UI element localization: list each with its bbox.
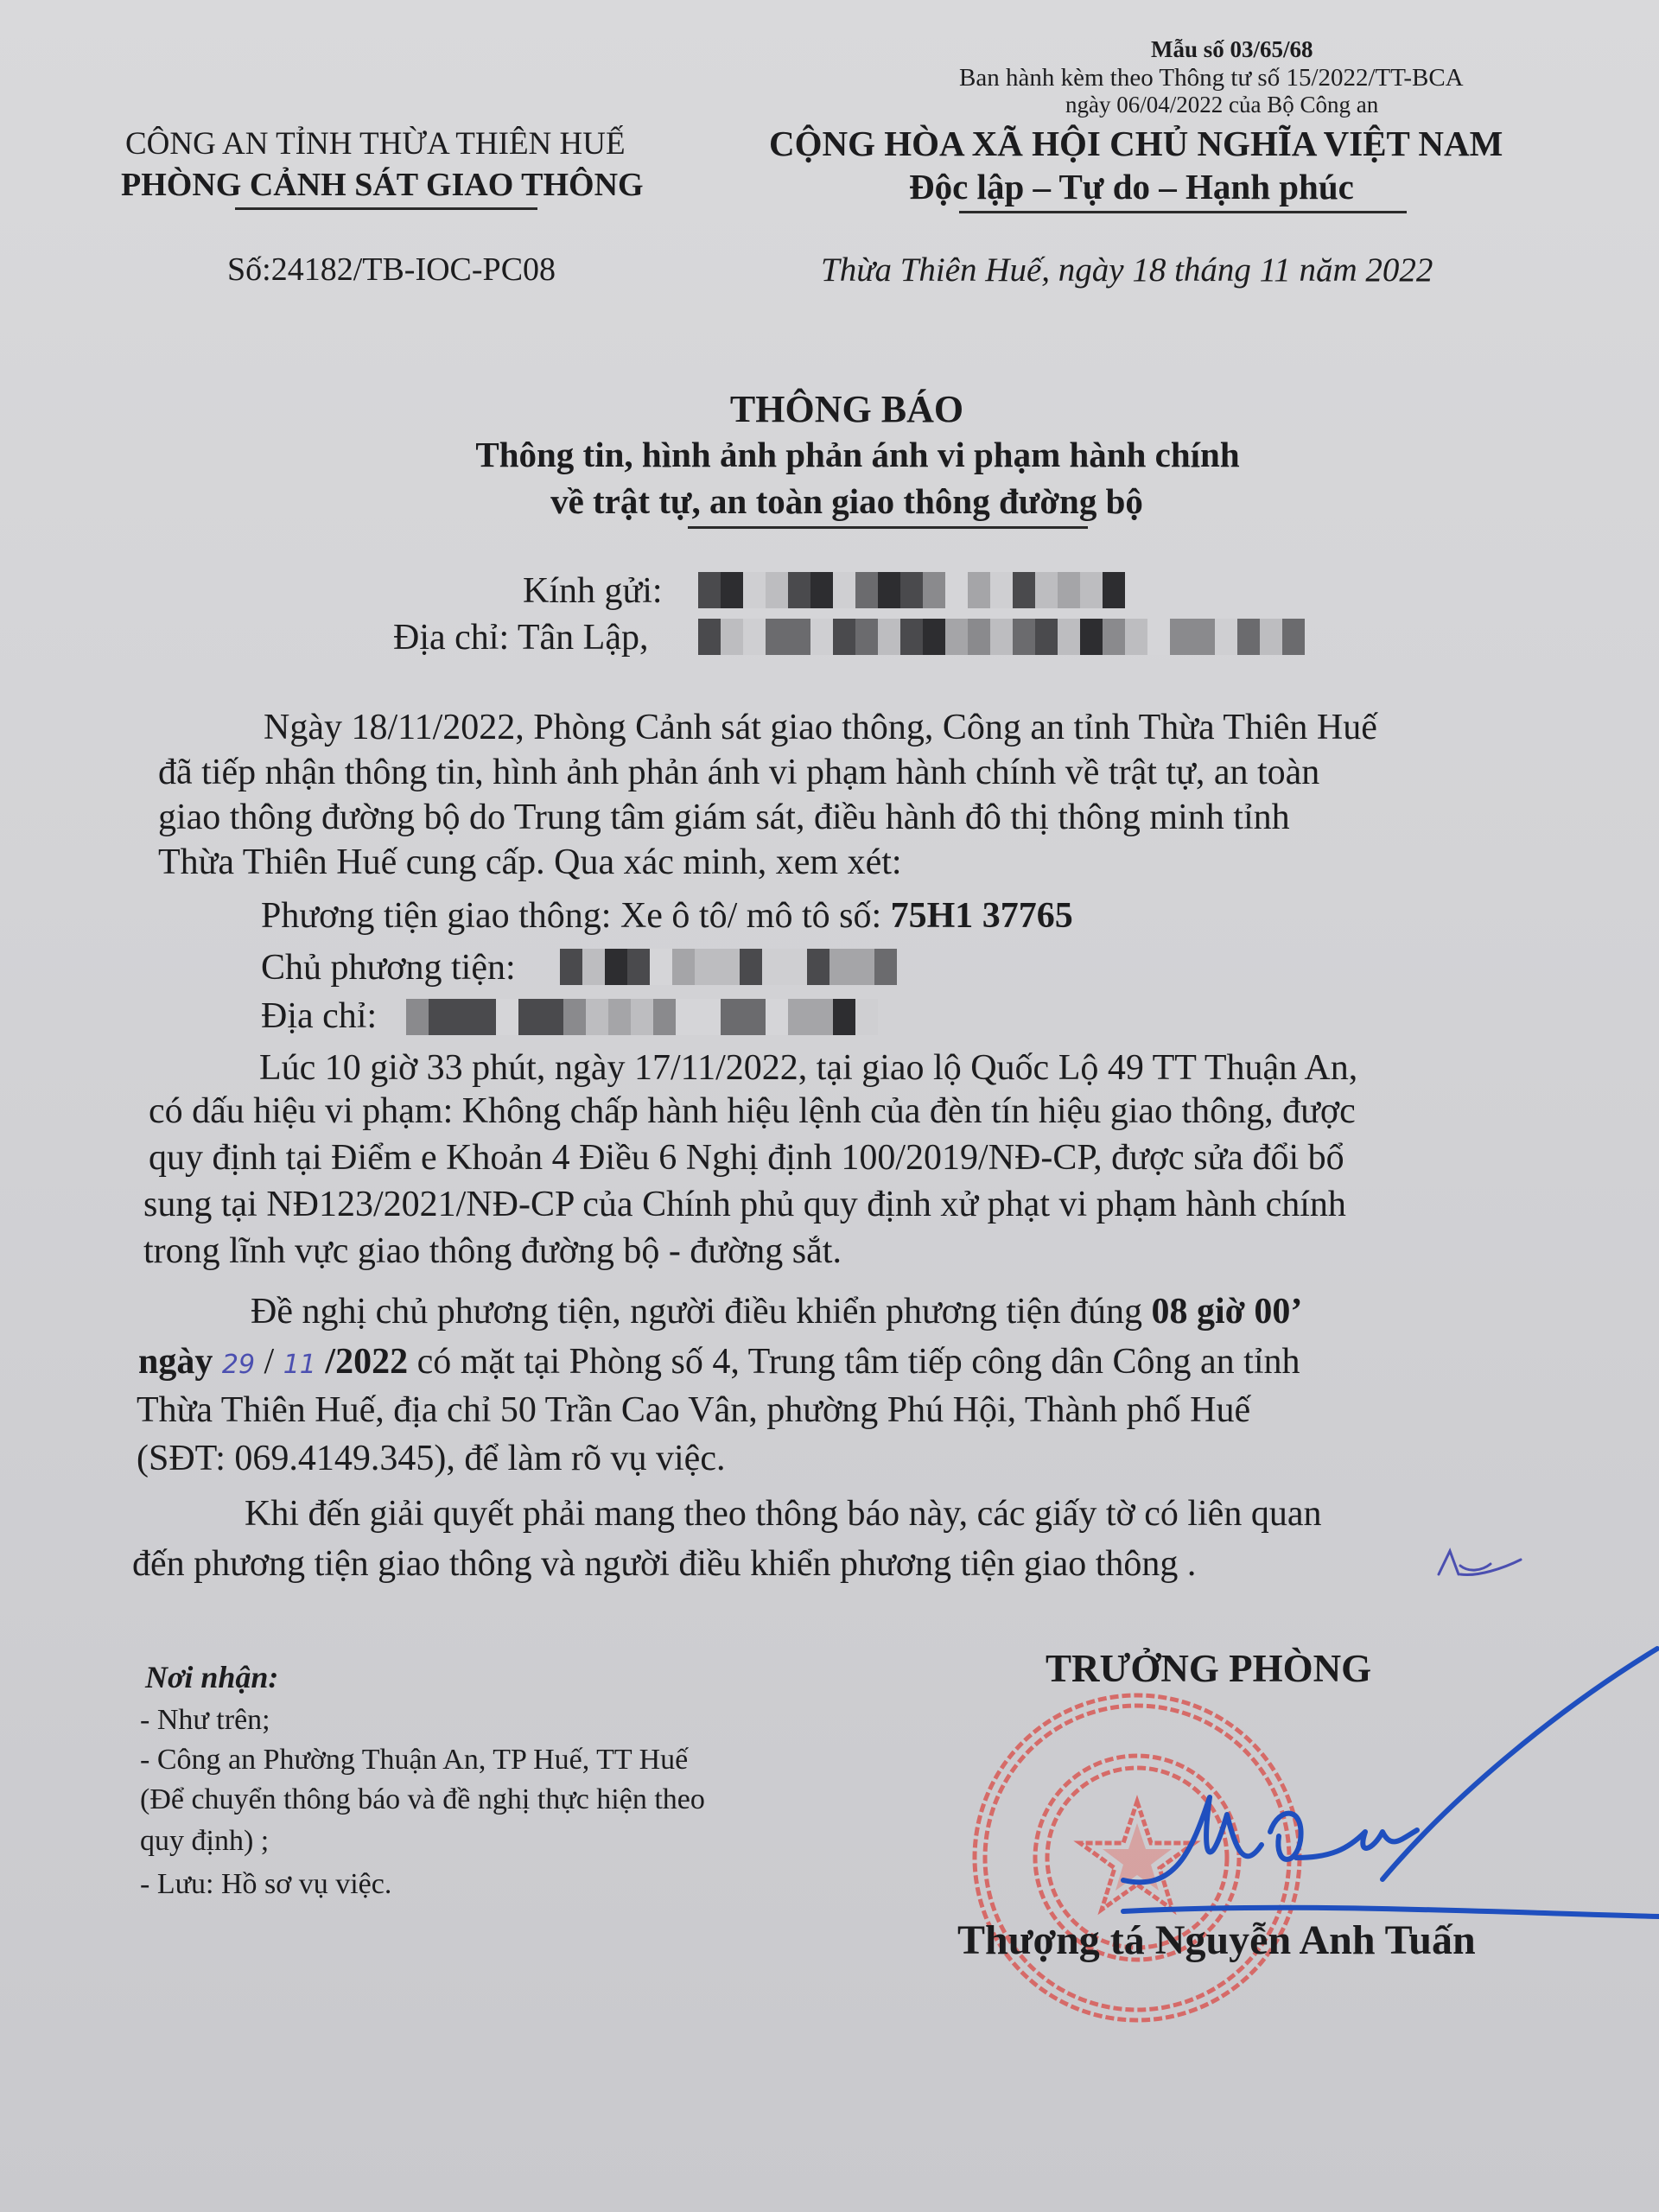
redaction-block [743, 999, 766, 1035]
redaction-block [855, 572, 878, 608]
redaction-block [627, 949, 650, 985]
redaction-block [605, 949, 627, 985]
form-issued-date: ngày 06/04/2022 của Bộ Công an [1065, 92, 1378, 118]
redaction-block [810, 619, 833, 655]
redaction-block [650, 949, 672, 985]
redaction-block [968, 572, 990, 608]
redaction-block [653, 999, 676, 1035]
redaction-block [788, 619, 810, 655]
redaction-block [743, 572, 766, 608]
national-title: CỘNG HÒA XÃ HỘI CHỦ NGHĨA VIỆT NAM [769, 123, 1503, 164]
redaction-block [766, 999, 788, 1035]
redacted-owner-address [406, 999, 878, 1035]
redaction-block [406, 999, 429, 1035]
redaction-block [582, 949, 605, 985]
document-subtitle-line2: về trật tự, an toàn giao thông đường bộ [0, 480, 1659, 522]
redaction-block [1282, 619, 1305, 655]
redaction-block [923, 572, 945, 608]
intro-line-1: Ngày 18/11/2022, Phòng Cảnh sát giao thô… [264, 707, 1377, 748]
redaction-block [874, 949, 897, 985]
request-location: có mặt tại Phòng số 4, Trung tâm tiếp cô… [408, 1342, 1300, 1382]
redaction-block [541, 999, 563, 1035]
violation-line-2: có dấu hiệu vi phạm: Không chấp hành hiệ… [149, 1090, 1356, 1132]
redaction-block [560, 949, 582, 985]
redaction-block [717, 949, 740, 985]
redaction-block [968, 619, 990, 655]
violation-line-4: sung tại NĐ123/2021/NĐ-CP của Chính phủ … [143, 1184, 1346, 1225]
violation-line-5: trong lĩnh vực giao thông đường bộ - đườ… [143, 1230, 842, 1272]
redaction-block [766, 572, 788, 608]
redaction-block [695, 949, 717, 985]
redaction-block [1103, 572, 1125, 608]
redaction-block [1237, 619, 1260, 655]
redaction-block [833, 619, 855, 655]
redaction-block [1125, 619, 1147, 655]
redaction-block [698, 572, 721, 608]
recipient-item: quy định) ; [140, 1825, 269, 1858]
redaction-block [1035, 619, 1058, 655]
request-text: Đề nghị chủ phương tiện, người điều khiể… [251, 1292, 1151, 1332]
date-separator: / [255, 1342, 283, 1382]
document-number: Số:24182/TB-IOC-PC08 [227, 251, 556, 289]
vehicle-line: Phương tiện giao thông: Xe ô tô/ mô tô s… [261, 895, 1073, 937]
redaction-block [1147, 619, 1170, 655]
redaction-block [698, 999, 721, 1035]
redaction-block [990, 572, 1013, 608]
redaction-block [878, 619, 900, 655]
redaction-block [672, 949, 695, 985]
redaction-block [474, 999, 496, 1035]
request-line-2: ngày 29 / 11 /2022 có mặt tại Phòng số 4… [138, 1341, 1300, 1382]
addressee-address-label: Địa chỉ: Tân Lập, [393, 617, 648, 658]
request-time: 08 giờ 00’ [1151, 1292, 1302, 1332]
intro-line-3: giao thông đường bộ do Trung tâm giám sá… [158, 797, 1290, 838]
redaction-block [855, 619, 878, 655]
recipients-heading: Nơi nhận: [145, 1659, 278, 1695]
redaction-block [900, 619, 923, 655]
title-underline [688, 526, 1088, 529]
redaction-block [878, 572, 900, 608]
motto-underline [959, 211, 1407, 213]
closing-line-2: đến phương tiện giao thông và người điều… [132, 1543, 1196, 1585]
redaction-block [852, 949, 874, 985]
request-line-1: Đề nghị chủ phương tiện, người điều khiể… [251, 1291, 1302, 1332]
redaction-block [855, 999, 878, 1035]
national-motto: Độc lập – Tự do – Hạnh phúc [909, 166, 1354, 207]
request-line-4: (SĐT: 069.4149.345), để làm rõ vụ việc. [137, 1438, 725, 1479]
redaction-block [1103, 619, 1125, 655]
redaction-block [429, 999, 451, 1035]
redaction-block [1013, 619, 1035, 655]
redaction-block [810, 999, 833, 1035]
redaction-block [743, 619, 766, 655]
issuing-department: PHÒNG CẢNH SÁT GIAO THÔNG [121, 166, 644, 204]
redaction-block [807, 949, 829, 985]
redaction-block [829, 949, 852, 985]
redaction-block [1080, 619, 1103, 655]
form-number: Mẫu số 03/65/68 [1151, 36, 1313, 63]
recipient-item: - Công an Phường Thuận An, TP Huế, TT Hu… [140, 1744, 688, 1777]
vehicle-label: Phương tiện giao thông: Xe ô tô/ mô tô s… [261, 896, 891, 936]
document-subtitle-line1: Thông tin, hình ảnh phản ánh vi phạm hàn… [0, 434, 1659, 475]
redaction-block [721, 619, 743, 655]
redaction-block [451, 999, 474, 1035]
owner-label: Chủ phương tiện: [261, 947, 516, 988]
redaction-block [631, 999, 653, 1035]
redaction-block [698, 619, 721, 655]
violation-line-1: Lúc 10 giờ 33 phút, ngày 17/11/2022, tại… [259, 1047, 1357, 1089]
redaction-block [676, 999, 698, 1035]
issuing-agency: CÔNG AN TỈNH THỪA THIÊN HUẾ [125, 125, 626, 162]
redaction-block [1035, 572, 1058, 608]
redaction-block [1080, 572, 1103, 608]
redaction-block [721, 572, 743, 608]
redaction-block [833, 999, 855, 1035]
redaction-block [788, 572, 810, 608]
handwritten-day: 29 [222, 1350, 255, 1380]
redaction-block [1170, 619, 1192, 655]
request-line-3: Thừa Thiên Huế, địa chỉ 50 Trần Cao Vân,… [137, 1389, 1250, 1431]
redaction-block [945, 572, 968, 608]
redaction-block [1215, 619, 1237, 655]
addressee-label: Kính gửi: [523, 570, 663, 612]
form-issued-with: Ban hành kèm theo Thông tư số 15/2022/TT… [959, 64, 1464, 92]
redaction-block [608, 999, 631, 1035]
place-and-date: Thừa Thiên Huế, ngày 18 tháng 11 năm 202… [821, 251, 1433, 289]
redaction-block [1260, 619, 1282, 655]
redacted-addressee-name [698, 572, 1125, 608]
redaction-block [785, 949, 807, 985]
redaction-block [518, 999, 541, 1035]
redacted-owner-name [560, 949, 897, 985]
signer-name: Thượng tá Nguyễn Anh Tuấn [957, 1916, 1476, 1964]
department-underline [235, 207, 537, 210]
recipient-item: (Để chuyển thông báo và đề nghị thực hiệ… [140, 1783, 705, 1816]
recipient-item: - Như trên; [140, 1704, 270, 1737]
redaction-block [496, 999, 518, 1035]
redaction-block [563, 999, 586, 1035]
redaction-block [740, 949, 762, 985]
document-title: THÔNG BÁO [0, 387, 1659, 431]
redaction-block [945, 619, 968, 655]
plate-number: 75H1 37765 [891, 896, 1073, 936]
redaction-block [586, 999, 608, 1035]
recipient-item: - Lưu: Hồ sơ vụ việc. [140, 1868, 391, 1901]
redaction-block [1013, 572, 1035, 608]
redaction-block [1058, 572, 1080, 608]
request-year: /2022 [316, 1342, 408, 1382]
redaction-block [990, 619, 1013, 655]
redacted-addressee-address [698, 619, 1305, 655]
redaction-block [766, 619, 788, 655]
intro-line-2: đã tiếp nhận thông tin, hình ảnh phản án… [158, 752, 1319, 793]
violation-line-3: quy định tại Điểm e Khoản 4 Điều 6 Nghị … [149, 1137, 1344, 1179]
redaction-block [1058, 619, 1080, 655]
request-day-label: ngày [138, 1342, 213, 1382]
owner-address-label: Địa chỉ: [261, 995, 377, 1037]
closing-line-1: Khi đến giải quyết phải mang theo thông … [245, 1493, 1321, 1535]
redaction-block [923, 619, 945, 655]
redaction-block [762, 949, 785, 985]
redaction-block [833, 572, 855, 608]
redaction-block [721, 999, 743, 1035]
redaction-block [810, 572, 833, 608]
redaction-block [1192, 619, 1215, 655]
handwritten-month: 11 [283, 1350, 316, 1380]
intro-line-4: Thừa Thiên Huế cung cấp. Qua xác minh, x… [158, 842, 902, 883]
signer-title: TRƯỞNG PHÒNG [1046, 1646, 1371, 1691]
redaction-block [788, 999, 810, 1035]
redaction-block [900, 572, 923, 608]
